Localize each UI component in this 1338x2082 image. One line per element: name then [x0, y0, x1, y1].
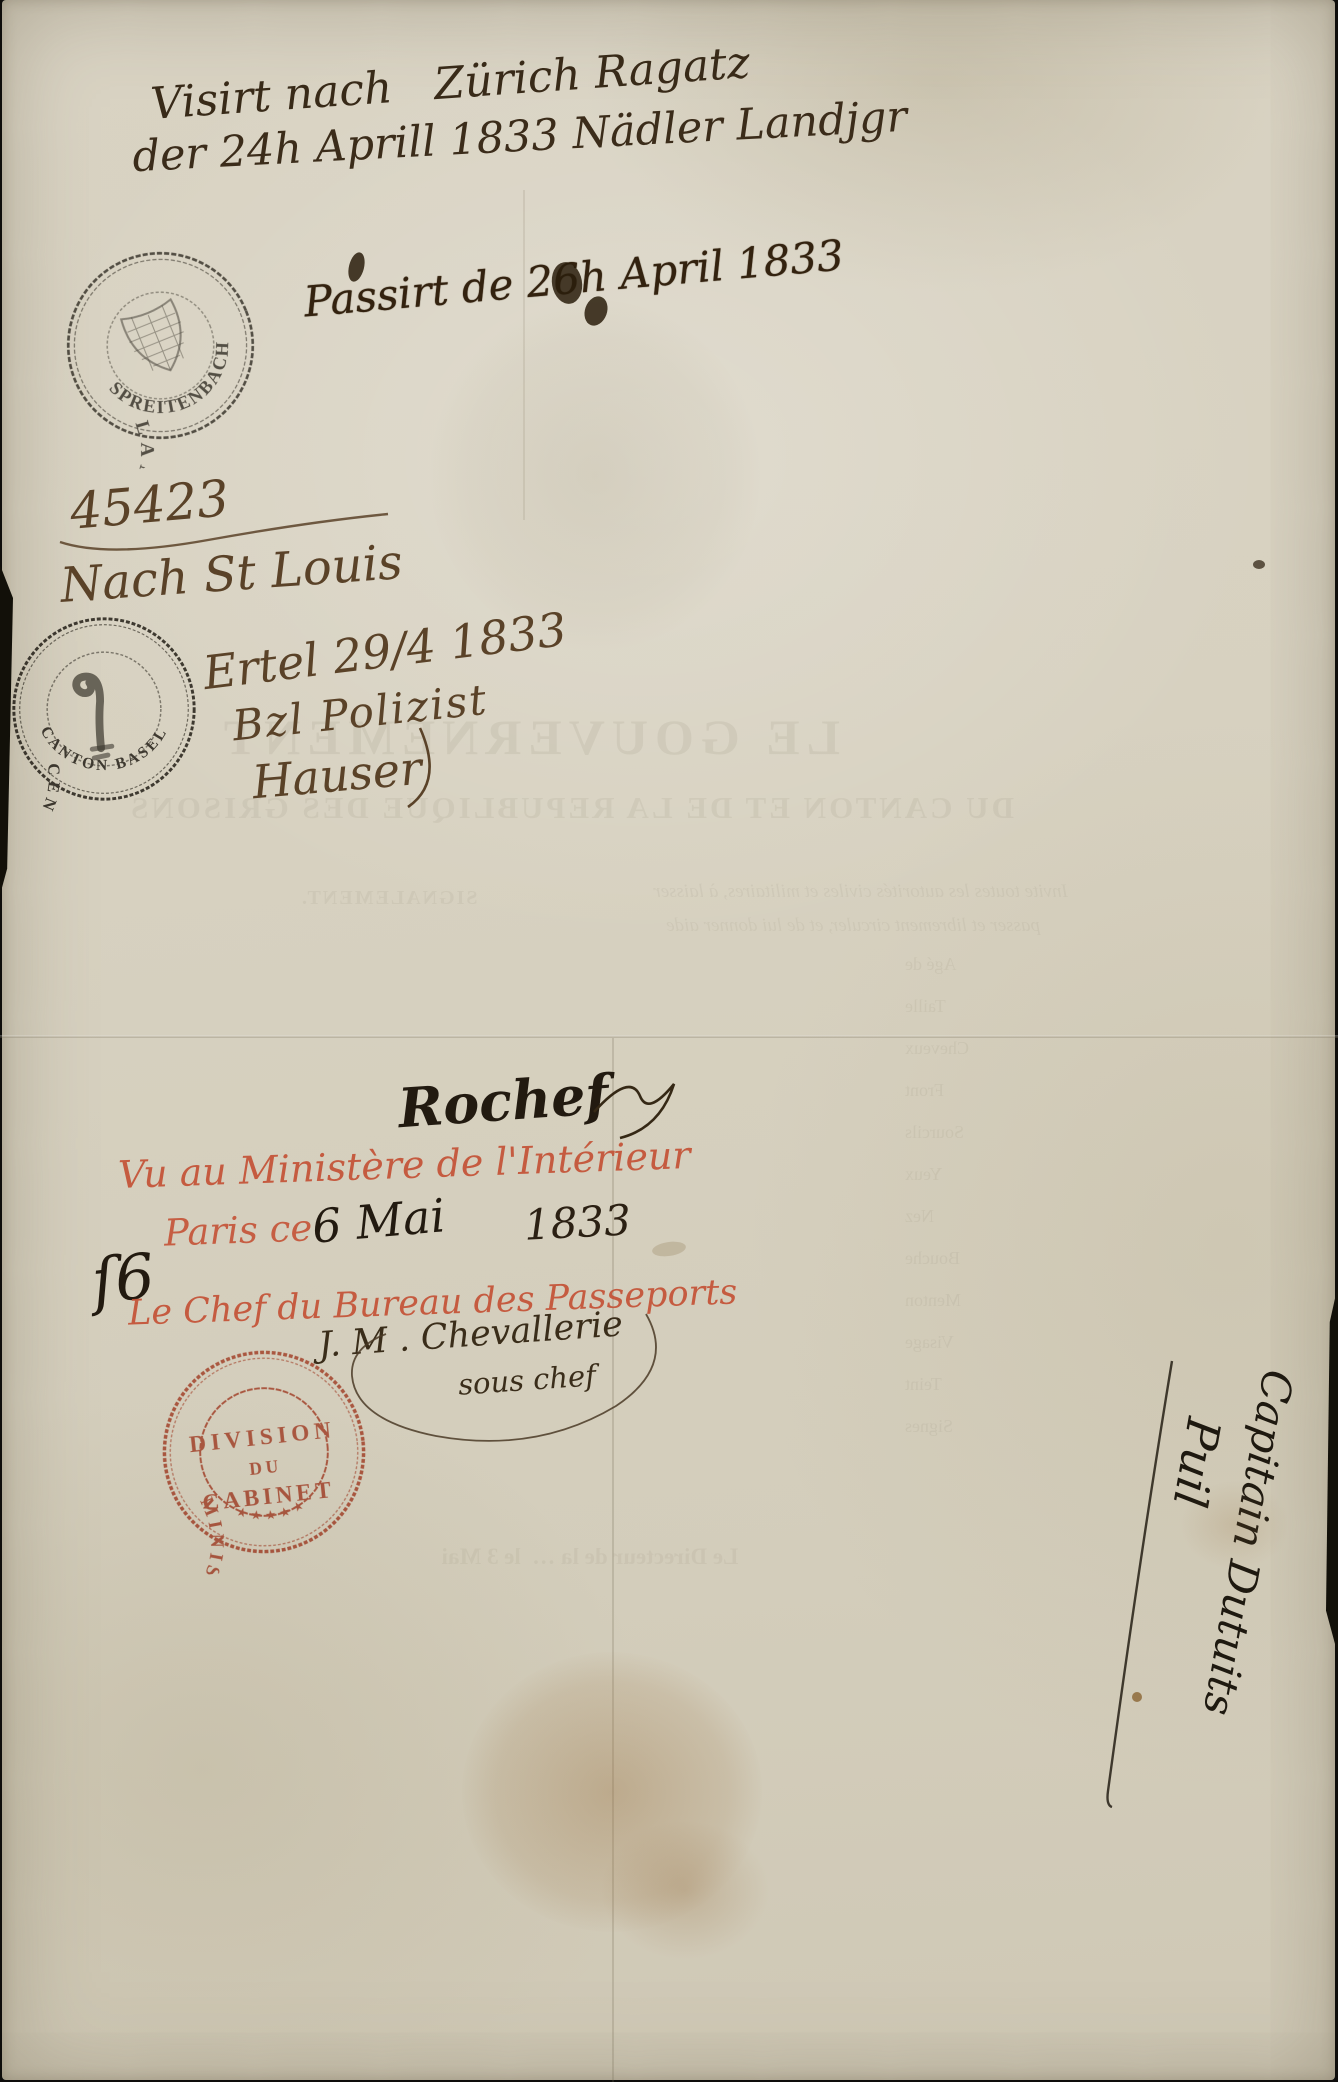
ghost-descriptor: Cheveux	[905, 1039, 969, 1057]
year-handwritten: 1833	[523, 1199, 632, 1247]
brown-speck	[1132, 1692, 1142, 1702]
stamp-center-line1: DIVISION	[188, 1417, 337, 1458]
ghost-coat-of-arms	[430, 300, 760, 650]
ghost-descriptor: Signes	[905, 1417, 953, 1435]
stamp-ministere-interieur: MINISTÈRE DE L'INTÉRIEUR. ★ ★ ★ ★ ★ DIVI…	[137, 1325, 392, 1580]
water-stain-small	[600, 1820, 770, 1960]
ghost-descriptor: Visage	[905, 1333, 954, 1351]
ghost-descriptor: Bouche	[905, 1249, 960, 1267]
ghost-descriptor: Taille	[905, 997, 946, 1015]
paris-ce-label: Paris ce	[163, 1209, 312, 1251]
svg-text:CENTRAL·POLIZEI: CENTRAL·POLIZEI	[6, 763, 64, 812]
ghost-descriptor: Menton	[905, 1291, 961, 1309]
ghost-signalement-label: SIGNALEMENT.	[300, 888, 478, 908]
horizontal-fold-crease	[0, 1035, 1338, 1038]
stamp-arc-bottom-text: SPREITENBACH	[102, 333, 250, 438]
scanned-document: LE GOUVERNEMENT DU CANTON ET DE LA REPUB…	[0, 0, 1338, 2082]
side-signature-long-stroke	[1090, 1355, 1190, 1815]
ghost-invite-line1: Invite toutes les autorités civiles et m…	[520, 882, 1068, 901]
stamp-arc-top-text: CENTRAL·POLIZEI	[6, 763, 64, 812]
ink-speck	[1253, 560, 1265, 569]
ghost-descriptor: Agé de	[905, 955, 956, 973]
stamp-center-line2: DU	[248, 1456, 283, 1479]
ghost-invite-line2: passer et librement circuler, et de lui …	[540, 916, 1040, 935]
ghost-footer-line: Le Directeur de la … le 3 Mai	[345, 1545, 835, 1568]
ghost-descriptor: Sourcils	[905, 1123, 964, 1141]
closing-flourish	[398, 722, 448, 812]
date-handwritten: 6 Mai	[310, 1192, 447, 1249]
stain-right-edge	[1180, 1480, 1290, 1570]
stamp-central-polizei-basel: CENTRAL·POLIZEI CANTON BASEL	[6, 606, 202, 812]
ghost-descriptor: Teint	[905, 1375, 942, 1393]
ghost-descriptor: Nez	[905, 1207, 934, 1225]
ghost-descriptor: Yeux	[905, 1165, 942, 1183]
svg-text:SPREITENBACH: SPREITENBACH	[102, 333, 250, 438]
ghost-descriptor: Front	[905, 1081, 944, 1099]
rochef-signature: Rochef	[396, 1067, 610, 1136]
